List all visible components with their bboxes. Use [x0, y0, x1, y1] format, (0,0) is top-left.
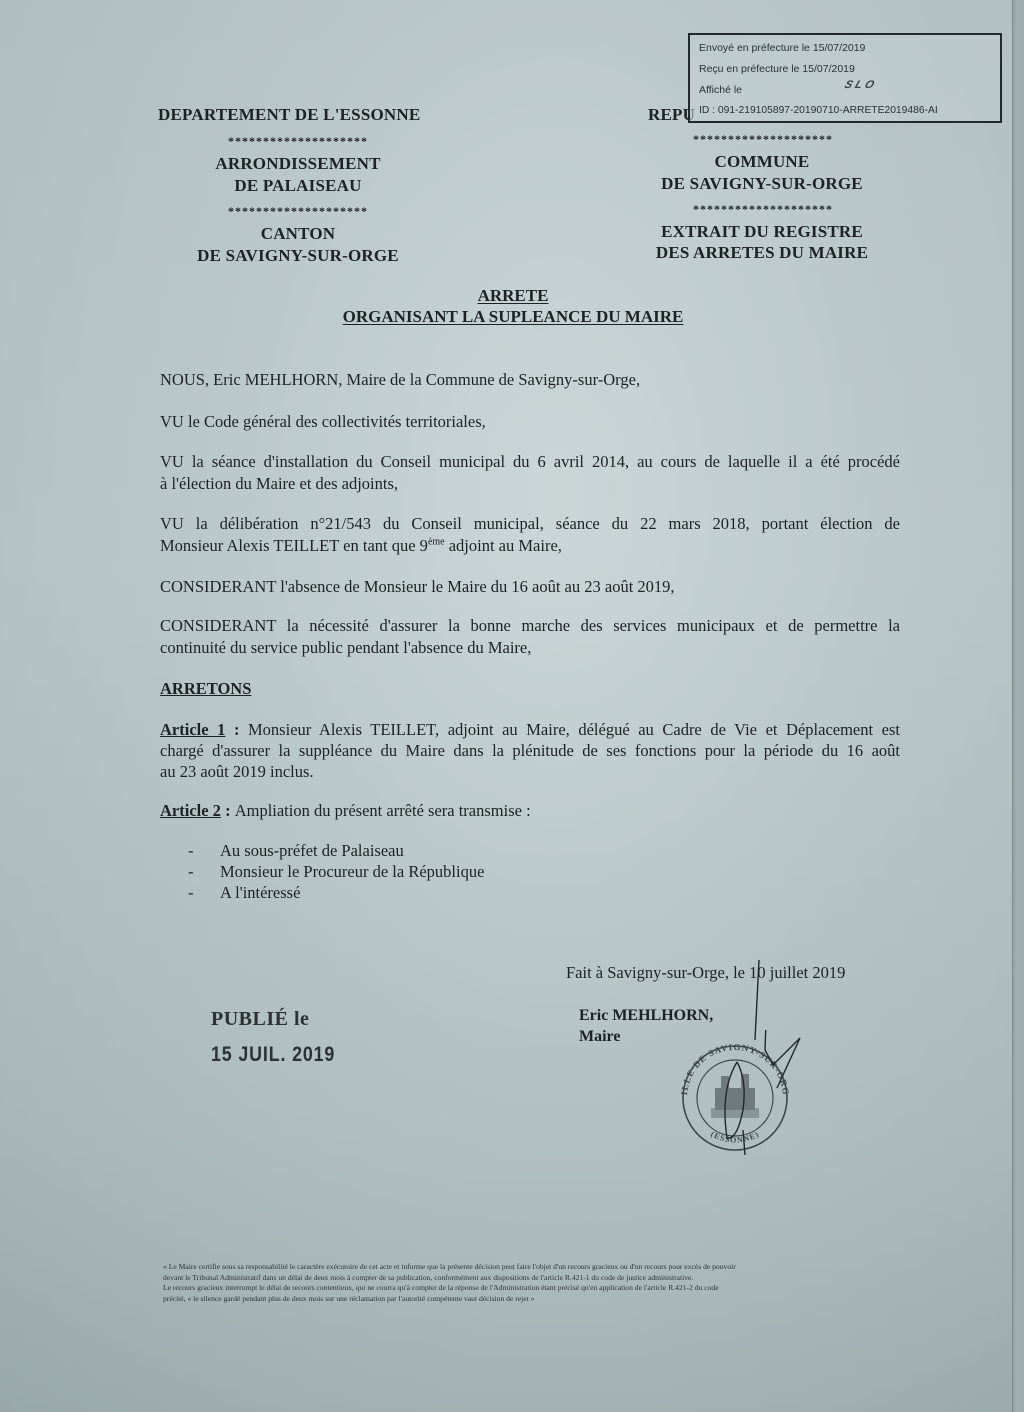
vu-installation-line1: VU la séance d'installation du Conseil m… [160, 451, 900, 472]
considerant-necessity-line1: CONSIDERANT la nécessité d'assurer la bo… [160, 615, 900, 636]
paper-edge [1012, 0, 1024, 1412]
legal-notice: « Le Maire certifie sous sa responsabili… [163, 1262, 923, 1304]
text-span: Monsieur Alexis TEILLET en tant que 9 [160, 536, 428, 555]
article1-label: Article 1 [160, 720, 225, 739]
separator-stars: ******************** [203, 204, 393, 219]
town-seal-icon: VILLE DE SAVIGNY-SUR-ORGE (ESSONNE) [665, 1030, 805, 1160]
recipients-list: Au sous-préfet de Palaiseau Monsieur le … [188, 840, 484, 903]
intro-paragraph: NOUS, Eric MEHLHORN, Maire de la Commune… [160, 369, 900, 390]
list-item: A l'intéressé [188, 882, 484, 903]
act-id: ID : 091-219105897-20190710-ARRETE201948… [699, 105, 938, 116]
canton-line1: CANTON [140, 224, 456, 244]
legal-notice-line: Le recours gracieux interrompt le délai … [163, 1283, 923, 1294]
ordinal-superscript: ème [428, 537, 445, 548]
vu-deliberation-line2: Monsieur Alexis TEILLET en tant que 9ème… [160, 535, 900, 556]
separator-stars: ******************** [668, 202, 858, 217]
published-label: PUBLIÉ le [211, 1008, 357, 1031]
document-subtitle: ORGANISANT LA SUPLEANCE DU MAIRE [1, 307, 1024, 327]
department-heading: DEPARTEMENT DE L'ESSONNE [158, 105, 420, 125]
published-stamp: PUBLIÉ le 15 JUIL. 2019 [211, 1008, 357, 1067]
legal-notice-line: précité, « le silence gardé pendant plus… [163, 1294, 923, 1305]
published-date: 15 JUIL. 2019 [211, 1043, 335, 1067]
vu-deliberation-line1: VU la délibération n°21/543 du Conseil m… [160, 513, 900, 534]
article2-label: Article 2 [160, 801, 221, 820]
place-and-date: Fait à Savigny-sur-Orge, le 10 juillet 2… [566, 963, 845, 983]
document-page [0, 0, 1012, 1412]
arrondissement-line2: DE PALAISEAU [140, 176, 456, 196]
svg-text:(ESSONNE): (ESSONNE) [709, 1130, 761, 1145]
article1-line1: Article 1 : Monsieur Alexis TEILLET, adj… [160, 719, 900, 740]
received-date: Reçu en préfecture le 15/07/2019 [699, 63, 855, 75]
legal-notice-line: devant le Tribunal Administratif dans un… [163, 1273, 923, 1284]
vu-installation-line2: à l'élection du Maire et des adjoints, [160, 473, 900, 494]
separator-stars: ******************** [668, 132, 858, 147]
article1-line3: au 23 août 2019 inclus. [160, 761, 900, 782]
document-title: ARRETE [1, 286, 1024, 306]
arretons-heading: ARRETONS [160, 678, 251, 699]
commune-line2: DE SAVIGNY-SUR-ORGE [604, 174, 920, 194]
text-span: adjoint au Maire, [445, 536, 562, 555]
article2-separator: : [221, 801, 235, 820]
signer-name: Eric MEHLHORN, [579, 1005, 713, 1026]
separator-stars: ******************** [203, 134, 393, 149]
commune-line1: COMMUNE [604, 152, 920, 172]
article1-separator: : [225, 720, 248, 739]
canton-line2: DE SAVIGNY-SUR-ORGE [140, 246, 456, 266]
registry-line1: EXTRAIT DU REGISTRE [604, 222, 920, 242]
vu-code-paragraph: VU le Code général des collectivités ter… [160, 411, 900, 432]
article2-line: Article 2 : Ampliation du présent arrêté… [160, 800, 900, 821]
registry-line2: DES ARRETES DU MAIRE [604, 243, 920, 263]
signature-stroke-icon [747, 960, 767, 1040]
article1-text: Monsieur Alexis TEILLET, adjoint au Mair… [248, 720, 900, 739]
sent-date: Envoyé en préfecture le 15/07/2019 [699, 42, 865, 54]
signature-mark: SLO [843, 79, 879, 91]
considerant-absence: CONSIDERANT l'absence de Monsieur le Mai… [160, 576, 900, 597]
arrondissement-line1: ARRONDISSEMENT [140, 154, 456, 174]
posted-label: Affiché le [699, 84, 742, 96]
list-item: Monsieur le Procureur de la République [188, 861, 484, 882]
prefecture-stamp: Envoyé en préfecture le 15/07/2019 Reçu … [688, 33, 1002, 123]
legal-notice-line: « Le Maire certifie sous sa responsabili… [163, 1262, 923, 1273]
list-item: Au sous-préfet de Palaiseau [188, 840, 484, 861]
article1-line2: chargé d'assurer la suppléance du Maire … [160, 740, 900, 761]
article2-text: Ampliation du présent arrêté sera transm… [235, 801, 531, 820]
considerant-necessity-line2: continuité du service public pendant l'a… [160, 637, 900, 658]
